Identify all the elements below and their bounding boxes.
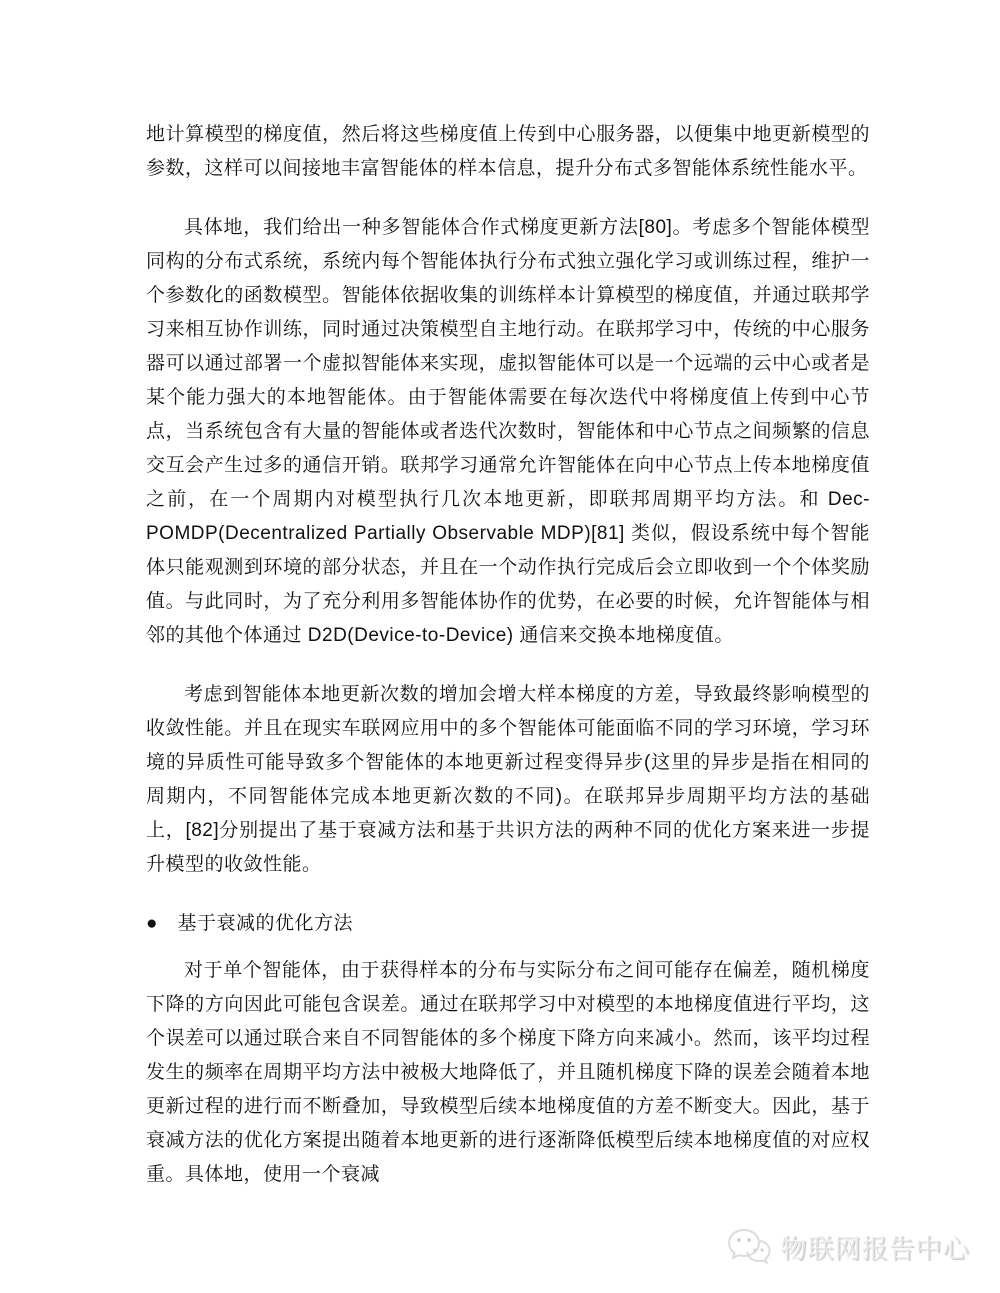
paragraph-decay-optimization: 对于单个智能体，由于获得样本的分布与实际分布之间可能存在偏差，随机梯度下降的方向… bbox=[146, 954, 870, 1192]
bullet-heading-label: 基于衰减的优化方法 bbox=[177, 907, 353, 941]
bullet-heading-decay-method: ● 基于衰减的优化方法 bbox=[146, 907, 870, 941]
watermark-label: 物联网报告中心 bbox=[781, 1229, 970, 1266]
document-body: 地计算模型的梯度值，然后将这些梯度值上传到中心服务器，以便集中地更新模型的参数，… bbox=[146, 118, 870, 1217]
bullet-icon: ● bbox=[146, 907, 157, 941]
wechat-icon bbox=[727, 1227, 771, 1267]
paragraph-continuation: 地计算模型的梯度值，然后将这些梯度值上传到中心服务器，以便集中地更新模型的参数，… bbox=[146, 118, 870, 186]
document-page: 地计算模型的梯度值，然后将这些梯度值上传到中心服务器，以便集中地更新模型的参数，… bbox=[0, 0, 1000, 1293]
watermark: 物联网报告中心 bbox=[727, 1227, 970, 1267]
paragraph-convergence-discussion: 考虑到智能体本地更新次数的增加会增大样本梯度的方差，导致最终影响模型的收敛性能。… bbox=[146, 678, 870, 882]
paragraph-cooperative-gradient-method: 具体地，我们给出一种多智能体合作式梯度更新方法[80]。考虑多个智能体模型同构的… bbox=[146, 211, 870, 653]
